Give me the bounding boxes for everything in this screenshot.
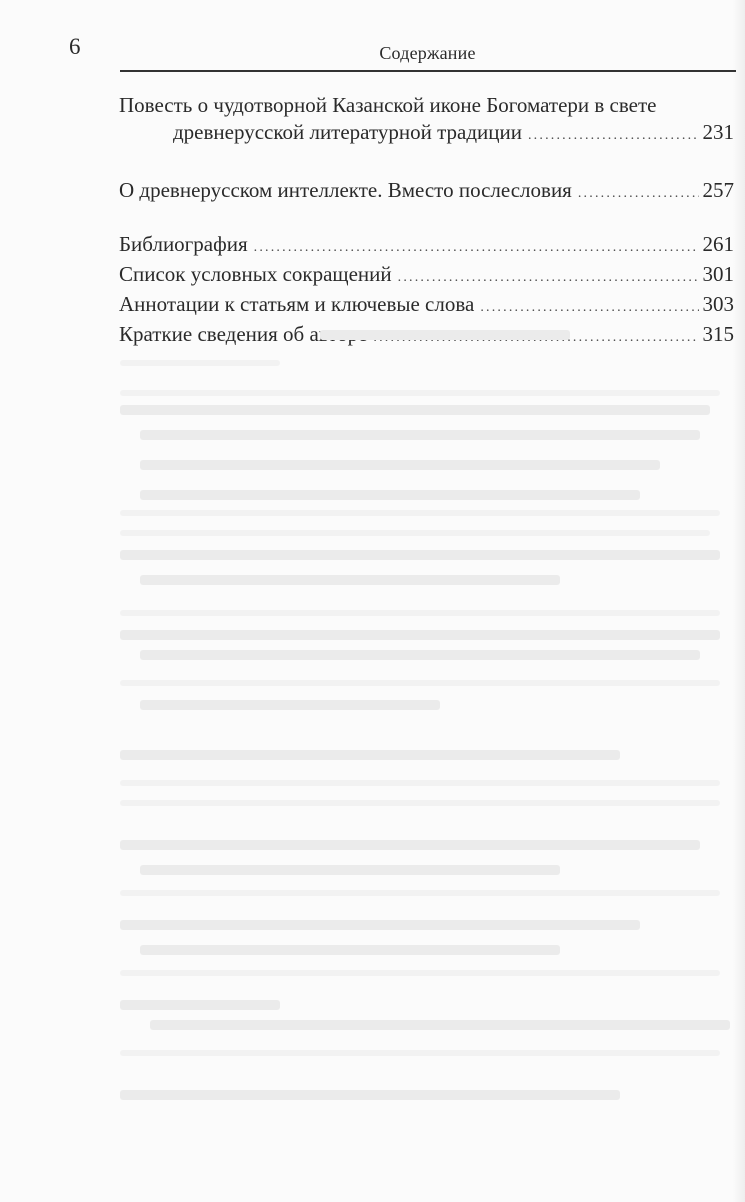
page-edge-shadow	[733, 0, 745, 1202]
toc-entry-title: Список условных сокращений	[119, 261, 392, 288]
toc-entry-page: 257	[703, 177, 735, 204]
toc-entry[interactable]: О древнерусском интеллекте. Вместо после…	[119, 177, 734, 207]
toc-entry-page: 301	[703, 261, 735, 288]
toc-entry-title: Библиография	[119, 231, 248, 258]
table-of-contents: Повесть о чудотворной Казанской иконе Бо…	[119, 92, 734, 351]
toc-entry-title: Аннотации к статьям и ключевые слова	[119, 291, 474, 318]
toc-entry[interactable]: Повесть о чудотворной Казанской иконе Бо…	[119, 92, 734, 149]
dot-leader: ........................................…	[254, 234, 699, 261]
dot-leader: ........................................…	[528, 122, 699, 149]
running-head: Содержание	[120, 43, 735, 64]
bleed-through-texture	[120, 330, 730, 1130]
toc-entry[interactable]: Список условных сокращений .............…	[119, 261, 734, 291]
dot-leader: ........................................…	[578, 180, 699, 207]
toc-entry-title-line1: Повесть о чудотворной Казанской иконе Бо…	[119, 92, 734, 119]
toc-entry[interactable]: Библиография ...........................…	[119, 231, 734, 261]
header-rule	[120, 70, 736, 72]
toc-entry-title: О древнерусском интеллекте. Вместо после…	[119, 177, 572, 204]
toc-entry-page: 261	[703, 231, 735, 258]
toc-entry-page: 303	[703, 291, 735, 318]
toc-entry-title-line2: древнерусской литературной традиции	[173, 119, 522, 146]
page-number: 6	[69, 34, 81, 60]
toc-entry[interactable]: Аннотации к статьям и ключевые слова ...…	[119, 291, 734, 321]
toc-entry-page: 231	[703, 119, 735, 146]
dot-leader: ........................................…	[480, 294, 698, 321]
dot-leader: ........................................…	[398, 264, 699, 291]
